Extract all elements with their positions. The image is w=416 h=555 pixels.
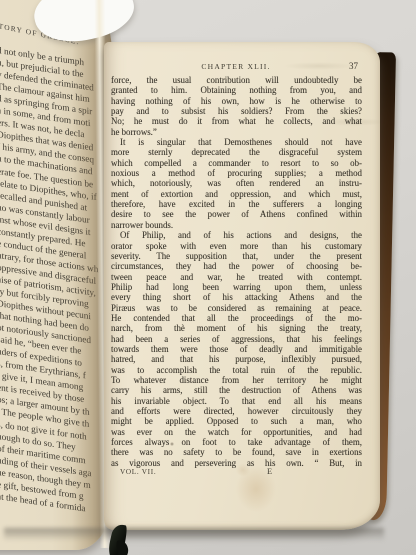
text-line: He contended that all the proceedings of… bbox=[111, 313, 362, 323]
body-text: force, the usual contribution will undou… bbox=[111, 75, 362, 468]
signature-letter: E bbox=[267, 467, 272, 476]
text-line: had been a series of aggressions, that h… bbox=[111, 334, 362, 344]
page-header: CHAPTER XLII. bbox=[111, 62, 361, 71]
right-page: CHAPTER XLII. 37 force, the usual contri… bbox=[104, 42, 380, 530]
text-line: might be applied. Opposed to such a man,… bbox=[111, 416, 362, 426]
text-line: Of Philip, and of his actions and design… bbox=[111, 230, 362, 240]
text-line: he borrows.” bbox=[111, 127, 362, 137]
page-number: 37 bbox=[349, 61, 358, 71]
book-photo: TORY OF GREECE. d not only be a triumph … bbox=[0, 0, 416, 555]
chapter-title: CHAPTER XLII. bbox=[111, 62, 361, 71]
text-line: hatred, and that his purpose, inflexibly… bbox=[111, 354, 362, 364]
text-line: his invariable object. To that end all h… bbox=[111, 396, 362, 406]
book-bottom-shadow bbox=[4, 528, 384, 541]
text-line: It is singular that Demosthenes should n… bbox=[111, 137, 362, 147]
text-line: and efforts were directed, however circu… bbox=[111, 406, 362, 416]
text-line: noxious a method of procuring supplies; … bbox=[111, 168, 362, 178]
text-line: having nothing of his own, how is he oth… bbox=[111, 96, 362, 106]
text-line: was ever on the watch for opportunities,… bbox=[111, 427, 362, 437]
text-line: narrower bounds. bbox=[111, 220, 362, 230]
text-line: orator spoke with even more than his cus… bbox=[111, 241, 362, 251]
text-line: narch, from thè moment of his signing th… bbox=[111, 323, 362, 333]
text-line: severity. The supposition that, under th… bbox=[111, 251, 362, 261]
text-line: more sternly deprecated the disgraceful … bbox=[111, 147, 362, 157]
text-line: carry his arms, still the destruction of… bbox=[111, 385, 362, 395]
text-line: desire to see the power of Athens confin… bbox=[111, 209, 362, 219]
text-line: Piræus was to be considered as remaining… bbox=[111, 303, 362, 313]
bookmark-ribbon-tip bbox=[116, 539, 129, 555]
text-line: tween peace and war, he treated with con… bbox=[111, 272, 362, 282]
text-line: To whatever distance from her territory … bbox=[111, 375, 362, 385]
volume-label: VOL. VII. bbox=[120, 468, 156, 476]
text-line: ment of extortion and oppression, and wh… bbox=[111, 189, 362, 199]
text-line: force, the usual contribution will undou… bbox=[111, 75, 362, 85]
text-line: forces always on foot to take advantage … bbox=[111, 437, 362, 447]
text-line: was to accomplish the total ruin of the … bbox=[111, 365, 362, 375]
text-line: granted to him. Obtaining nothing from y… bbox=[111, 85, 362, 95]
text-line: pay and to subsist his soldiers? From th… bbox=[111, 106, 362, 116]
text-line: which compelled a commander to resort to… bbox=[111, 158, 362, 168]
text-line: Philip had long been warring upon them, … bbox=[111, 282, 362, 292]
text-line: towards them were those of deadly and im… bbox=[111, 344, 362, 354]
text-line: circumstances, they had the power of cho… bbox=[111, 261, 362, 271]
text-line: No; he must do it from what he collects,… bbox=[111, 116, 362, 126]
text-line: therefore, have excited in the sufferers… bbox=[111, 199, 362, 209]
text-line: as vigorous and persevering as his own. … bbox=[111, 458, 362, 468]
text-line: there was no safety to be found, save in… bbox=[111, 447, 362, 457]
text-line: every thing short of his attacking Athen… bbox=[111, 292, 362, 302]
text-line: which, notoriously, was often rendered a… bbox=[111, 178, 362, 188]
